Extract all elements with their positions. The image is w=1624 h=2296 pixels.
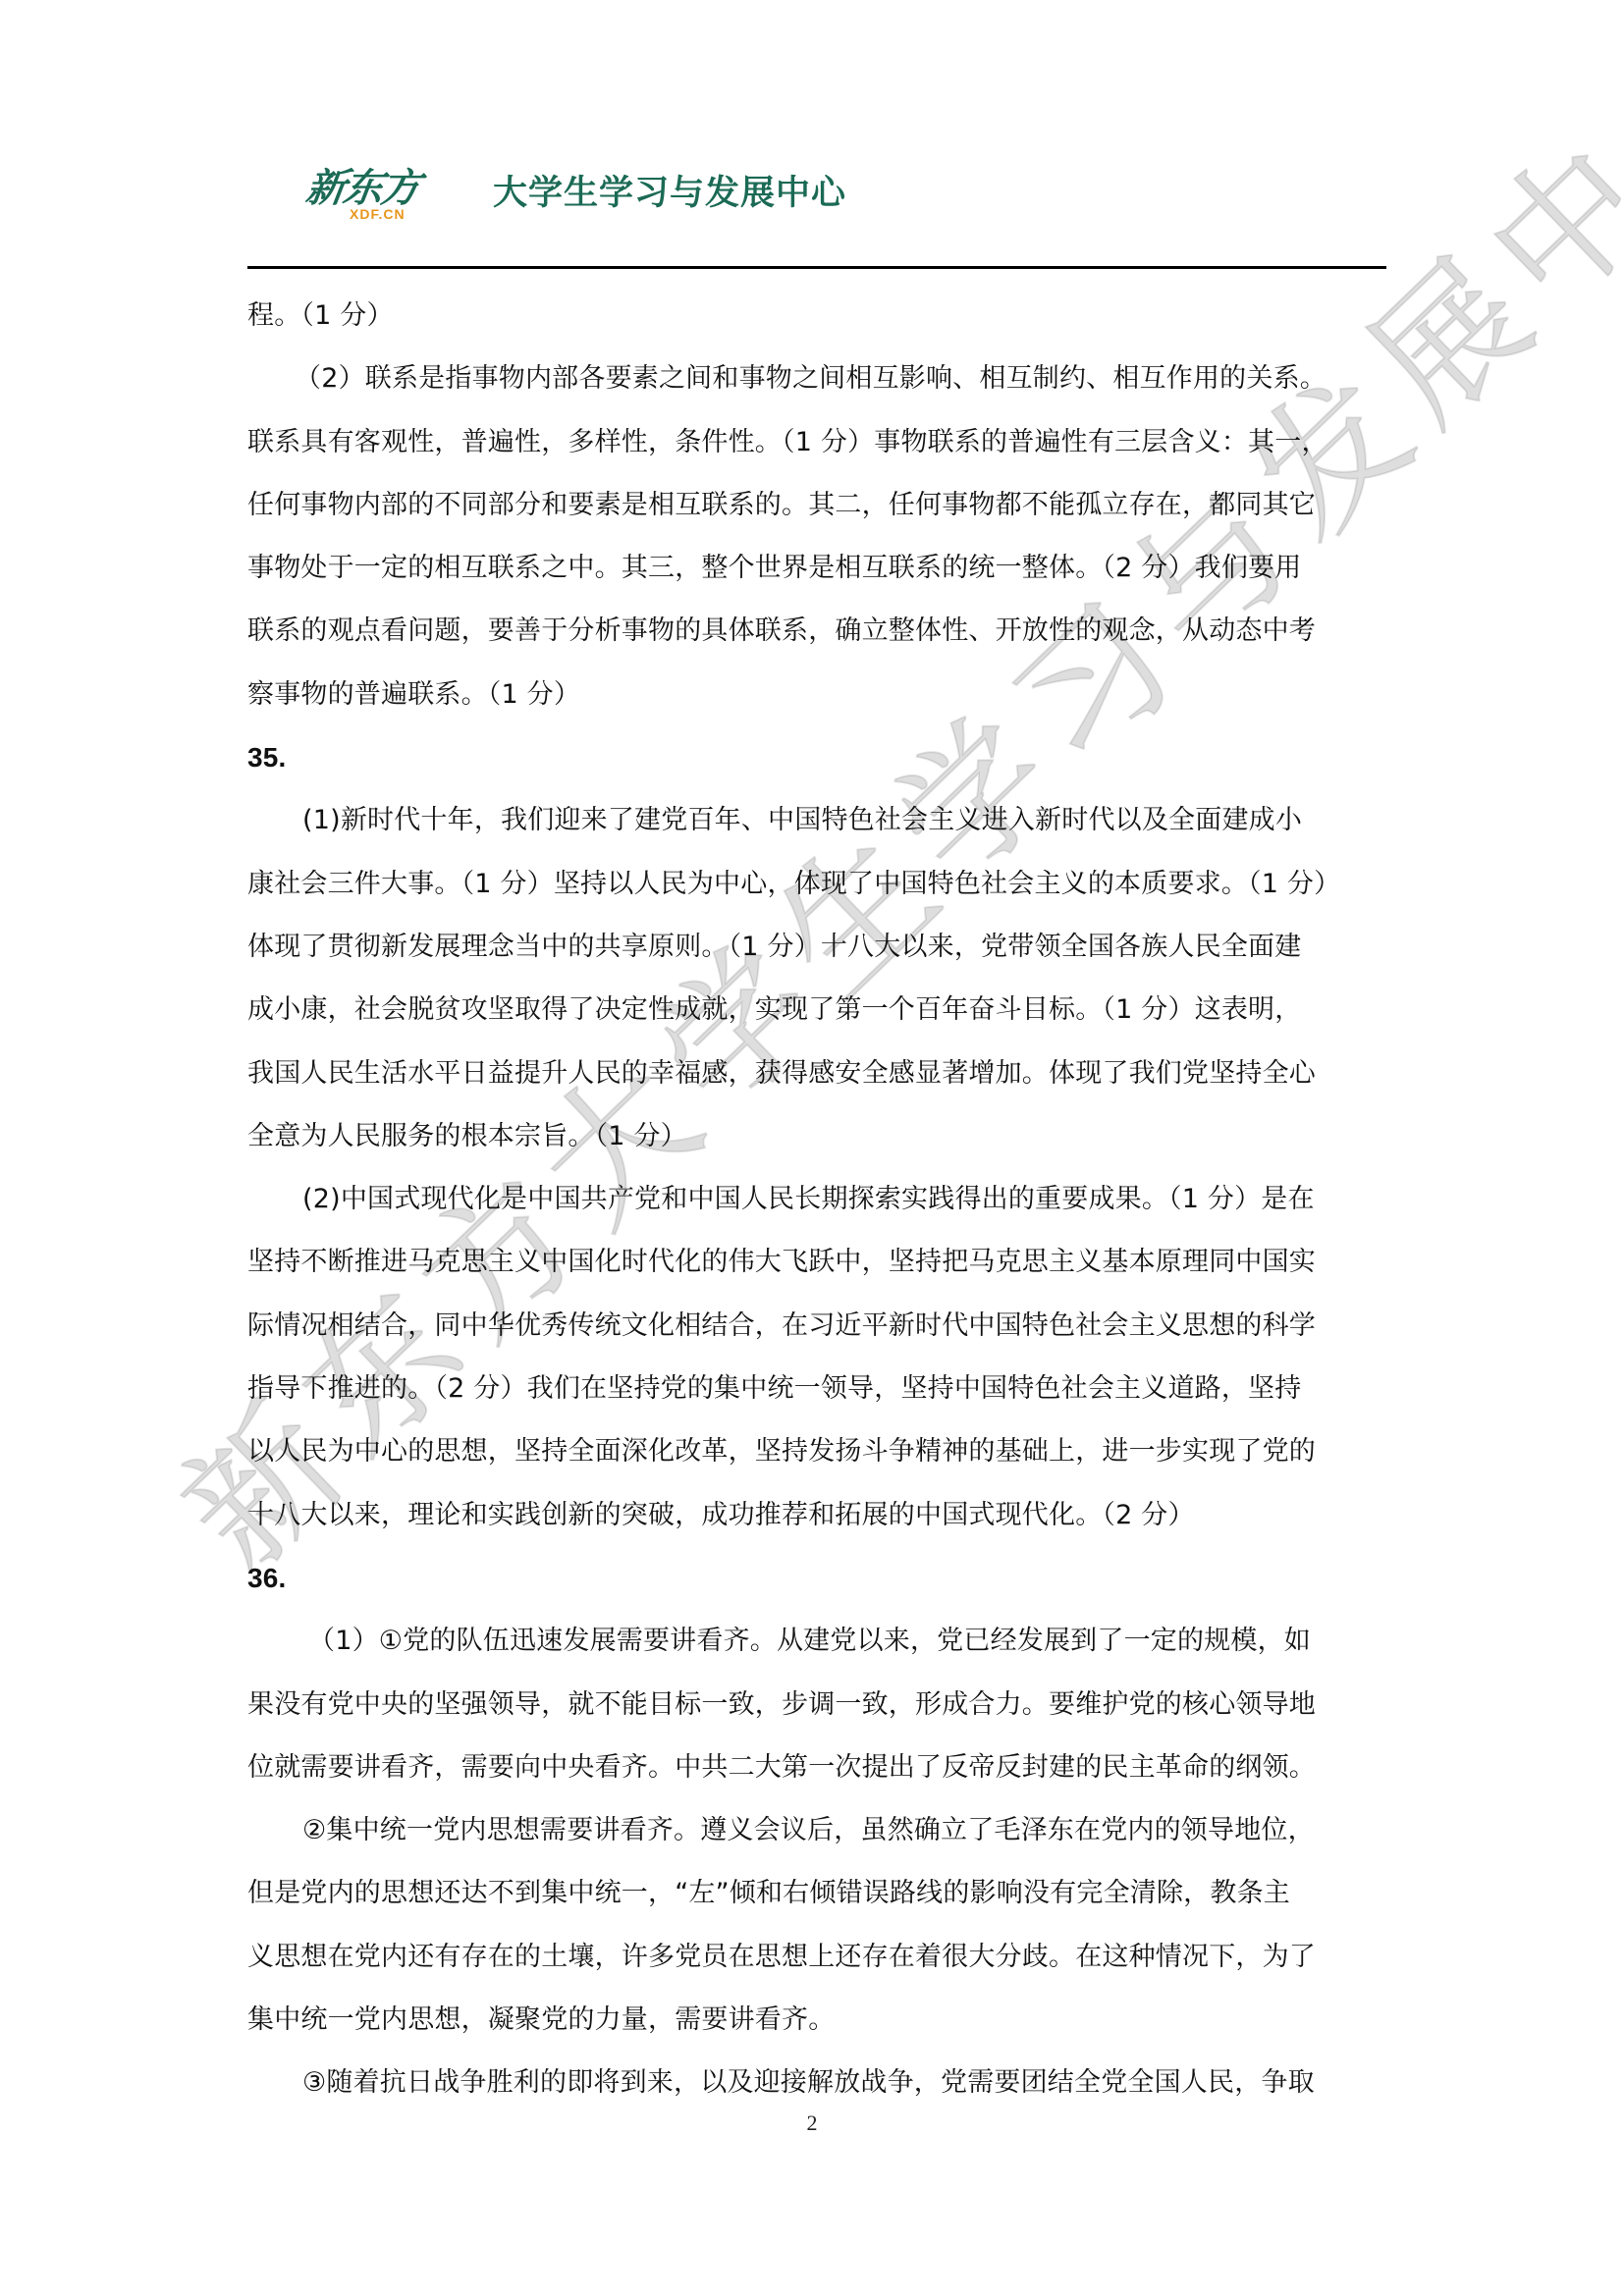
text-line: 全意为人民服务的根本宗旨。（1 分）: [247, 1105, 1386, 1168]
xdf-logo: 新东方 XDF.CN: [306, 167, 463, 228]
text-line: 任何事物内部的不同部分和要素是相互联系的。其二，任何事物都不能孤立存在，都同其它: [247, 474, 1386, 537]
text-line: 程。（1 分）: [247, 285, 1386, 347]
text-line: 成小康，社会脱贫攻坚取得了决定性成就，实现了第一个百年奋斗目标。（1 分）这表明…: [247, 979, 1386, 1041]
text-line: 康社会三件大事。（1 分）坚持以人民为中心，体现了中国特色社会主义的本质要求。（…: [247, 853, 1386, 916]
text-line: 以人民为中心的思想，坚持全面深化改革，坚持发扬斗争精神的基础上，进一步实现了党的: [247, 1420, 1386, 1483]
text-line: 义思想在党内还有存在的土壤，许多党员在思想上还存在着很大分歧。在这种情况下，为了: [247, 1926, 1386, 1989]
text-line: 我国人民生活水平日益提升人民的幸福感，获得感安全感显著增加。体现了我们党坚持全心: [247, 1042, 1386, 1105]
text-line: 果没有党中央的坚强领导，就不能目标一致，步调一致，形成合力。要维护党的核心领导地: [247, 1674, 1386, 1736]
text-line: 体现了贯彻新发展理念当中的共享原则。（1 分）十八大以来，党带领全国各族人民全面…: [247, 916, 1386, 979]
text-line: 位就需要讲看齐，需要向中央看齐。中共二大第一次提出了反帝反封建的民主革命的纲领。: [247, 1736, 1386, 1799]
header-divider: [247, 266, 1386, 269]
text-line: ②集中统一党内思想需要讲看齐。遵义会议后，虽然确立了毛泽东在党内的领导地位，: [247, 1799, 1386, 1862]
page-header: 新东方 XDF.CN 大学生学习与发展中心: [306, 163, 846, 232]
question-number-35: 35.: [247, 726, 1386, 789]
page-number: 2: [0, 2110, 1624, 2136]
text-line: （2）联系是指事物内部各要素之间和事物之间相互影响、相互制约、相互作用的关系。: [247, 347, 1386, 410]
text-line: (1)新时代十年，我们迎来了建党百年、中国特色社会主义进入新时代以及全面建成小: [247, 789, 1386, 852]
text-line: 察事物的普遍联系。（1 分）: [247, 664, 1386, 726]
logo-english-text: XDF.CN: [350, 206, 406, 222]
text-line: 指导下推进的。（2 分）我们在坚持党的集中统一领导，坚持中国特色社会主义道路，坚…: [247, 1358, 1386, 1420]
center-name: 大学生学习与发展中心: [493, 172, 846, 215]
text-line: 集中统一党内思想，凝聚党的力量，需要讲看齐。: [247, 1989, 1386, 2052]
document-body: 程。（1 分） （2）联系是指事物内部各要素之间和事物之间相互影响、相互制约、相…: [247, 285, 1386, 2115]
text-line: (2)中国式现代化是中国共产党和中国人民长期探索实践得出的重要成果。（1 分）是…: [247, 1168, 1386, 1231]
logo-chinese-text: 新东方: [303, 167, 421, 210]
text-line: 但是党内的思想还达不到集中统一，“左”倾和右倾错误路线的影响没有完全清除，教条主: [247, 1862, 1386, 1925]
text-line: （1）①党的队伍迅速发展需要讲看齐。从建党以来，党已经发展到了一定的规模，如: [247, 1610, 1386, 1673]
text-line: 联系具有客观性，普遍性，多样性，条件性。（1 分）事物联系的普遍性有三层含义：其…: [247, 411, 1386, 474]
text-line: 坚持不断推进马克思主义中国化时代化的伟大飞跃中，坚持把马克思主义基本原理同中国实: [247, 1231, 1386, 1294]
text-line: 联系的观点看问题，要善于分析事物的具体联系，确立整体性、开放性的观念，从动态中考: [247, 600, 1386, 663]
question-number-36: 36.: [247, 1547, 1386, 1610]
text-line: 际情况相结合，同中华优秀传统文化相结合，在习近平新时代中国特色社会主义思想的科学: [247, 1295, 1386, 1358]
text-line: ③随着抗日战争胜利的即将到来，以及迎接解放战争，党需要团结全党全国人民，争取: [247, 2052, 1386, 2114]
text-line: 事物处于一定的相互联系之中。其三，整个世界是相互联系的统一整体。（2 分）我们要…: [247, 537, 1386, 600]
text-line: 十八大以来，理论和实践创新的突破，成功推荐和拓展的中国式现代化。（2 分）: [247, 1484, 1386, 1547]
